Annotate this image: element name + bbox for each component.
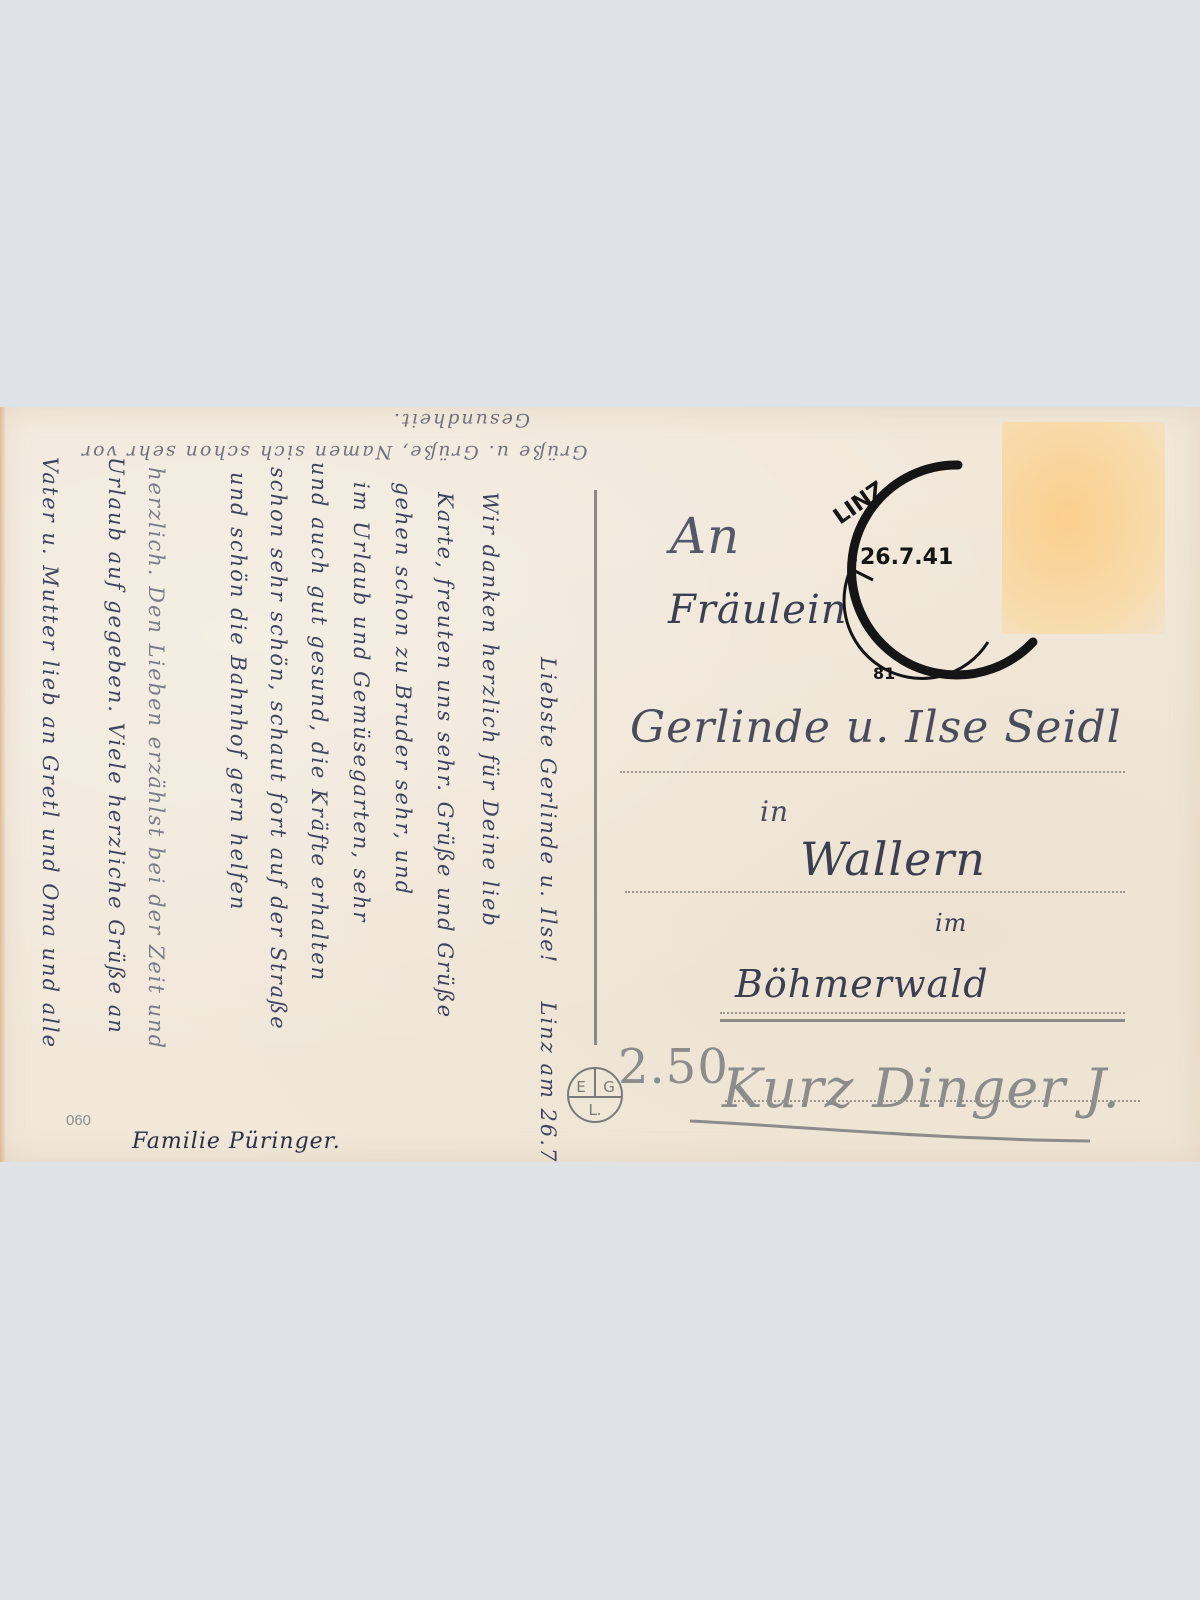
message-line-2: Karte, freuten uns sehr. Grüße und Grüße [433, 492, 457, 1019]
address-title: Fräulein [668, 587, 848, 633]
message-line-7: und schön die Bahnhof gern helfen [226, 472, 250, 911]
svg-text:26.7.41: 26.7.41 [860, 545, 953, 570]
address-salutation: An [670, 507, 740, 565]
message-line-1: Wir danken herzlich für Deine lieb [478, 492, 502, 928]
address-region: Böhmerwald [735, 962, 989, 1006]
address-line-3 [720, 1012, 1125, 1014]
address-recipient: Gerlinde u. Ilse Seidl [630, 702, 1122, 753]
address-line-4 [725, 1100, 1140, 1102]
postcard: Grüße u. Grüße, Namen sich schon sehr vo… [0, 407, 1200, 1162]
address-town: Wallern [800, 832, 986, 886]
message-line-4: im Urlaub und Gemüsegarten, sehr [349, 482, 373, 923]
address-line-2 [625, 891, 1125, 893]
address-in: in [760, 795, 789, 828]
message-line-5: und auch gut gesund, die Kräfte erhalten [307, 462, 331, 982]
message-line-3: gehen schon zu Bruder sehr, und [391, 482, 415, 896]
svg-text:81: 81 [873, 664, 895, 683]
divider-line [594, 490, 597, 1045]
message-top-line-1: Grüße u. Grüße, Namen sich schon sehr vo… [80, 441, 588, 463]
address-im: im [935, 909, 967, 937]
message-greeting: Liebste Gerlinde u. Ilse! Linz am 26.7.4… [536, 657, 560, 1162]
greeting-text: Liebste Gerlinde u. Ilse! [536, 657, 560, 964]
card-number: 060 [66, 1112, 91, 1129]
address-line-1 [620, 771, 1125, 773]
message-line-8: herzlich. Den Lieben erzählst bei der Ze… [144, 467, 168, 1050]
place-date-text: Linz am 26.7.41 [536, 1002, 560, 1162]
svg-text:G: G [603, 1078, 615, 1096]
address-line-3-solid [720, 1019, 1125, 1022]
message-line-10: Vater u. Mutter lieb an Gretl und Oma un… [38, 457, 62, 1049]
svg-text:L.: L. [588, 1101, 601, 1119]
postmark: LINZ 26.7.41 81 [818, 447, 1068, 697]
pencil-underline [690, 1107, 1100, 1157]
publisher-logo: E G L. [565, 1065, 625, 1125]
postmark-icon: LINZ 26.7.41 81 [818, 447, 1068, 697]
svg-text:E: E [576, 1078, 585, 1096]
message-line-6: schon sehr schön, schaut fort auf der St… [266, 467, 290, 1031]
signature: Familie Püringer. [132, 1129, 341, 1154]
message-top-line-2: Gesundheit. [392, 409, 530, 431]
message-line-9: Urlaub auf gegeben. Viele herzliche Grüß… [104, 457, 128, 1035]
pencil-price: 2.50 [618, 1039, 729, 1095]
